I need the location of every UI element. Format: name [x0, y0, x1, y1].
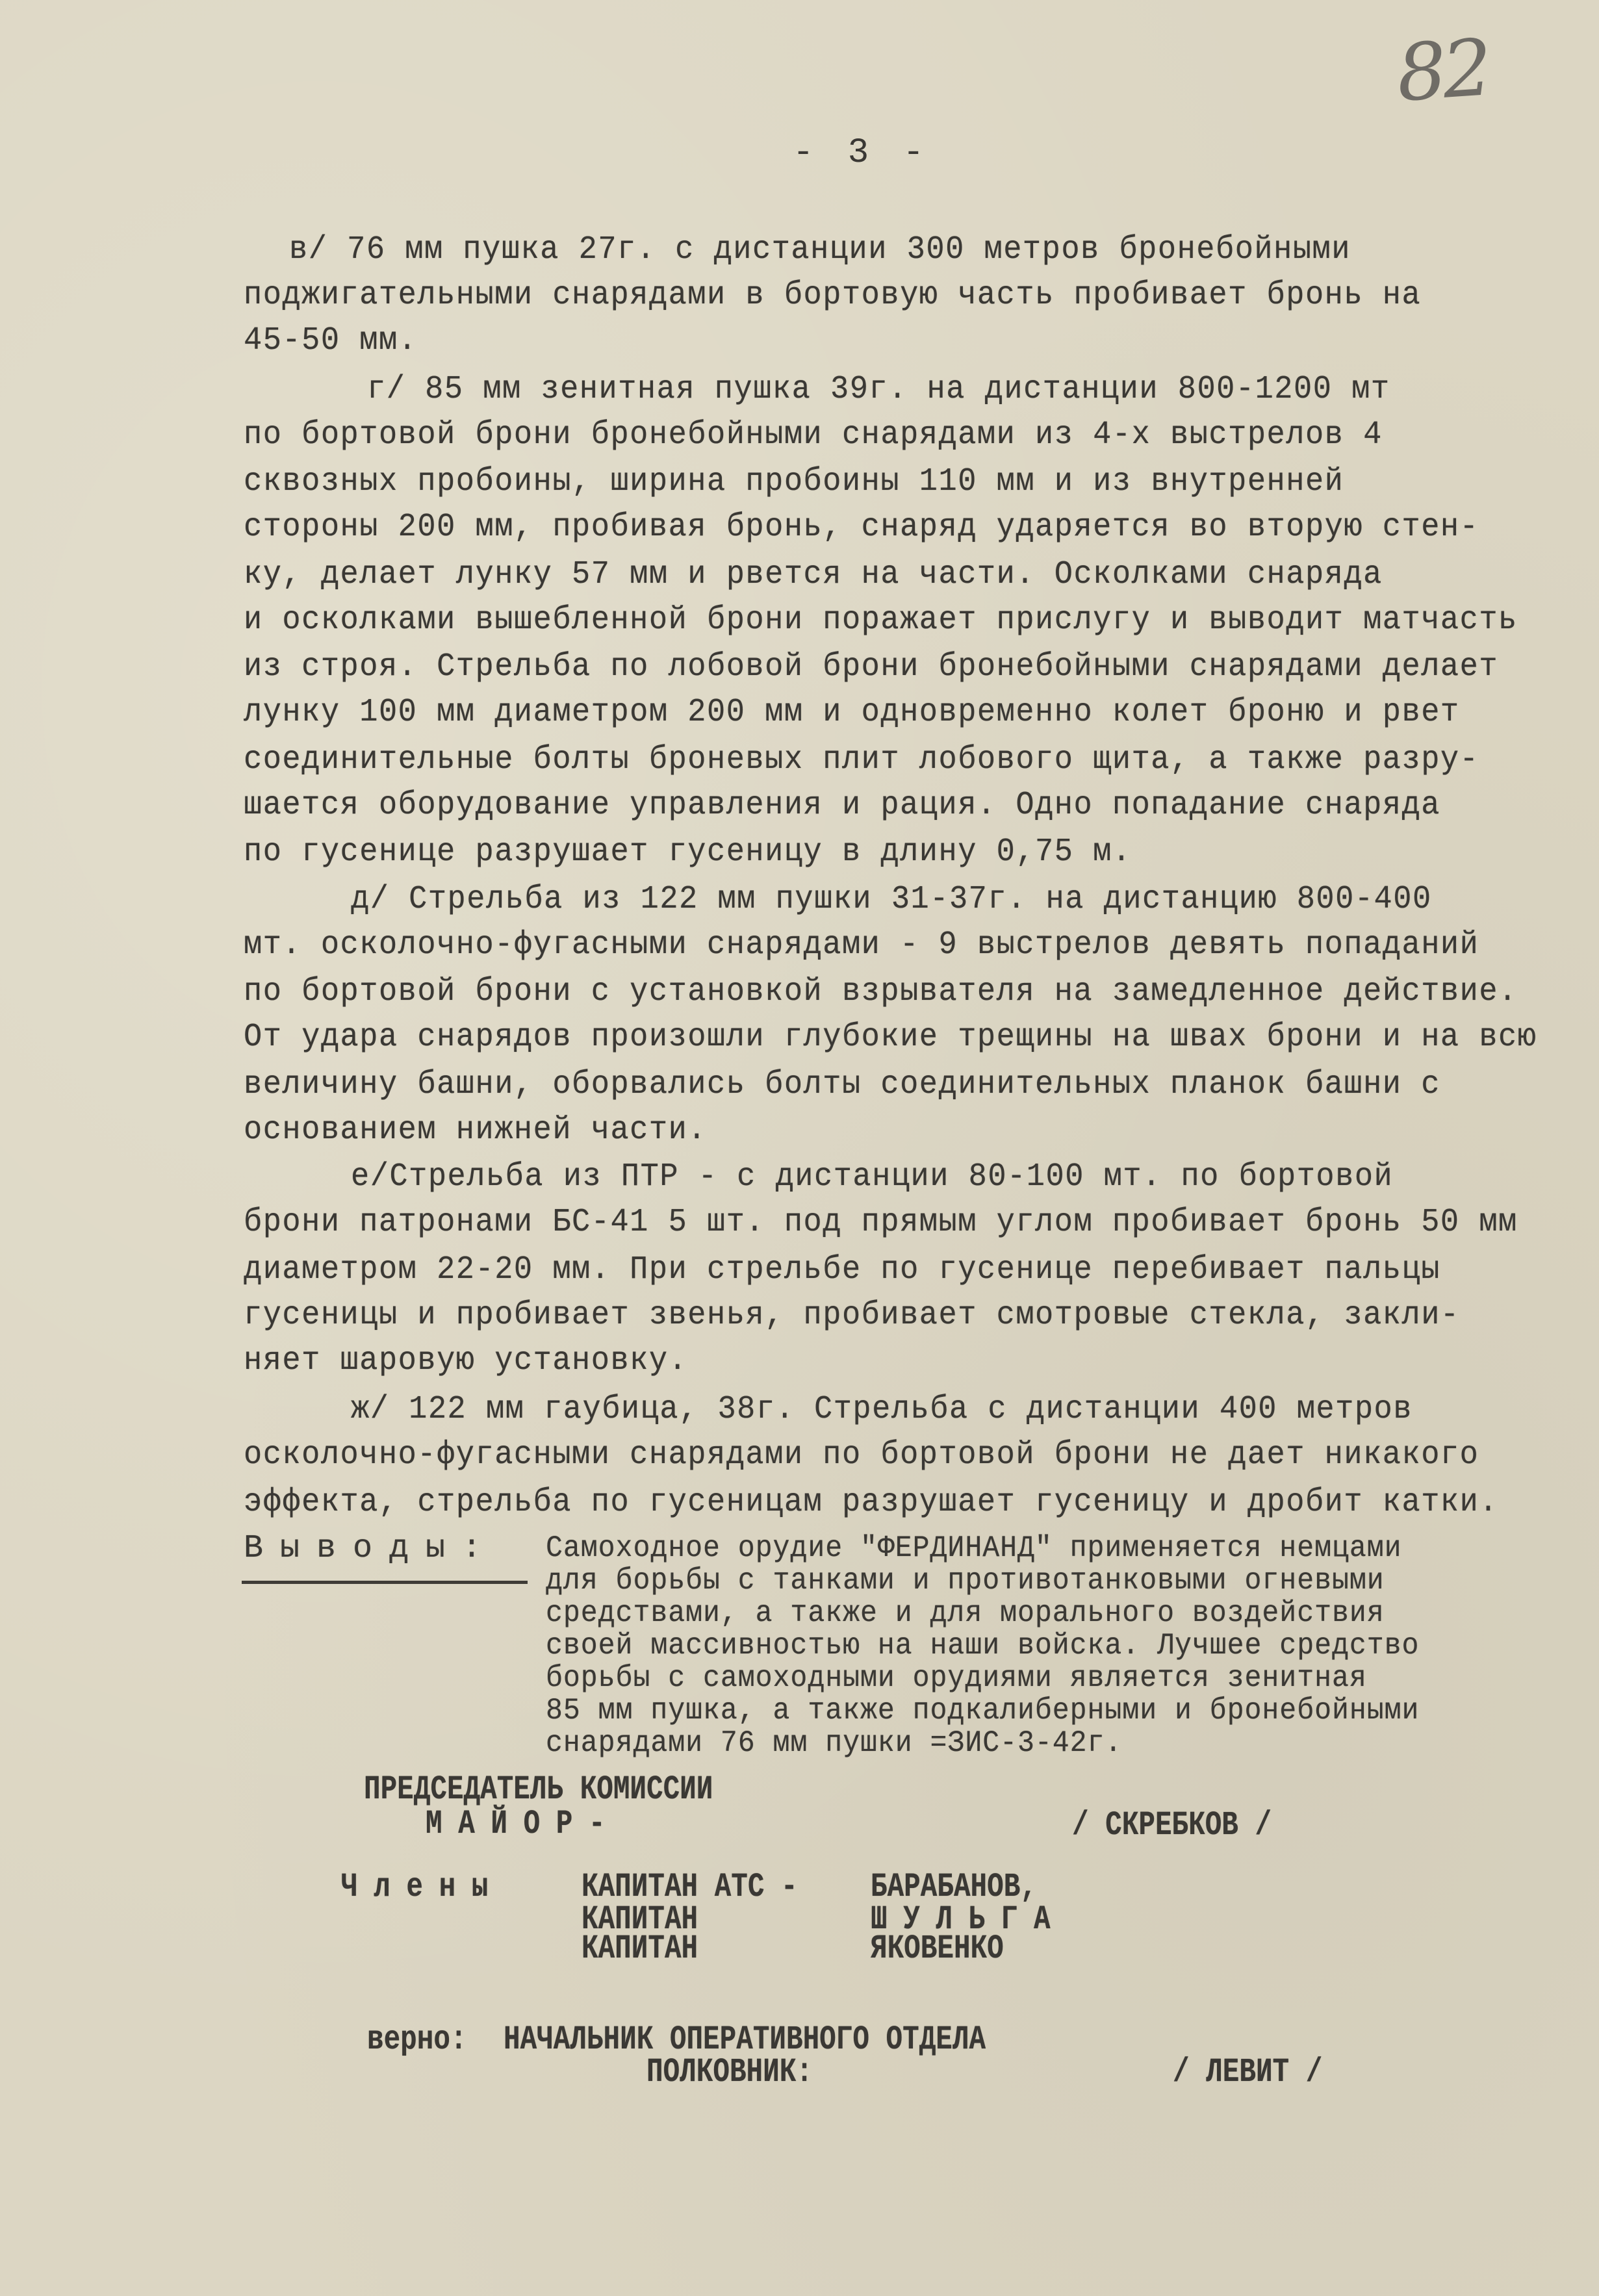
document-page: 82 - 3 - в/ 76 мм пушка 27г. с дистанции…: [0, 0, 1599, 2296]
text-line: диаметром 22-20 мм. При стрельбе по гусе…: [244, 1251, 1440, 1290]
text-line: в/ 76 мм пушка 27г. с дистанции 300 метр…: [289, 231, 1351, 270]
text-line: борьбы с самоходными орудиями является з…: [546, 1662, 1367, 1694]
text-line: по бортовой брони с установкой взрывател…: [244, 973, 1518, 1012]
text-line: няет шаровую установку.: [244, 1342, 687, 1381]
text-line: 45-50 мм.: [244, 322, 417, 361]
conclusions-label: Выводы:: [244, 1530, 498, 1567]
text-line: д/ Стрельба из 122 мм пушки 31-37г. на д…: [351, 880, 1432, 919]
text-line: мт. осколочно-фугасными снарядами - 9 вы…: [244, 926, 1479, 965]
text-line: 85 мм пушка, а также подкалиберными и бр…: [546, 1694, 1419, 1727]
certified-name: / ЛЕВИТ /: [1173, 2053, 1322, 2092]
text-line: по бортовой брони бронебойными снарядами…: [244, 416, 1383, 455]
text-line: От удара снарядов произошли глубокие тре…: [244, 1018, 1537, 1057]
chairman-title: ПРЕДСЕДАТЕЛЬ КОМИССИИ: [364, 1770, 713, 1809]
handwritten-folio-number: 82: [1394, 23, 1491, 119]
text-line: снарядами 76 мм пушки =ЗИС-3-42г.: [546, 1727, 1122, 1759]
chairman-name: / СКРЕБКОВ /: [1072, 1806, 1272, 1845]
conclusions-underline: [242, 1581, 528, 1584]
text-line: Самоходное орудие "ФЕРДИНАНД" применяетс…: [546, 1532, 1402, 1564]
certified-rank: ПОЛКОВНИК:: [646, 2053, 813, 2092]
text-line: соединительные болты броневых плит лобов…: [244, 741, 1479, 780]
text-line: эффекта, стрельба по гусеницам разрушает…: [244, 1483, 1498, 1522]
text-line: осколочно-фугасными снарядами по бортово…: [244, 1436, 1479, 1475]
text-line: стороны 200 мм, пробивая бронь, снаряд у…: [244, 508, 1479, 547]
text-line: ку, делает лунку 57 мм и рвется на части…: [244, 555, 1383, 594]
page-number: - 3 -: [793, 133, 930, 173]
text-line: по гусенице разрушает гусеницу в длину 0…: [244, 833, 1132, 872]
text-line: гусеницы и пробивает звенья, пробивает с…: [244, 1296, 1460, 1335]
text-line: поджигательными снарядами в бортовую час…: [244, 276, 1421, 315]
text-line: сквозных пробоины, ширина пробоины 110 м…: [244, 463, 1344, 502]
member-name: ЯКОВЕНКО: [871, 1930, 1004, 1969]
text-line: своей массивностью на наши войска. Лучше…: [546, 1629, 1419, 1662]
text-line: лунку 100 мм диаметром 200 мм и одноврем…: [244, 693, 1460, 732]
text-line: величину башни, оборвались болты соедини…: [244, 1065, 1440, 1104]
members-label: Члены: [341, 1868, 504, 1907]
text-line: средствами, а также и для морального воз…: [546, 1597, 1385, 1629]
text-line: ж/ 122 мм гаубица, 38г. Стрельба с диста…: [351, 1390, 1413, 1429]
text-line: и осколками вышебленной брони поражает п…: [244, 601, 1518, 640]
chairman-rank: МАЙОР-: [426, 1805, 621, 1844]
text-line: брони патронами БС-41 5 шт. под прямым у…: [244, 1203, 1518, 1242]
text-line: шается оборудование управления и рация. …: [244, 786, 1440, 825]
text-line: для борьбы с танками и противотанковыми …: [546, 1564, 1385, 1597]
certified-prefix: верно:: [367, 2021, 467, 2060]
member-rank: КАПИТАН: [582, 1930, 698, 1969]
text-line: г/ 85 мм зенитная пушка 39г. на дистанци…: [367, 370, 1390, 409]
text-line: основанием нижней части.: [244, 1111, 707, 1150]
text-line: е/Стрельба из ПТР - с дистанции 80-100 м…: [351, 1158, 1393, 1197]
text-line: из строя. Стрельба по лобовой брони брон…: [244, 648, 1498, 687]
